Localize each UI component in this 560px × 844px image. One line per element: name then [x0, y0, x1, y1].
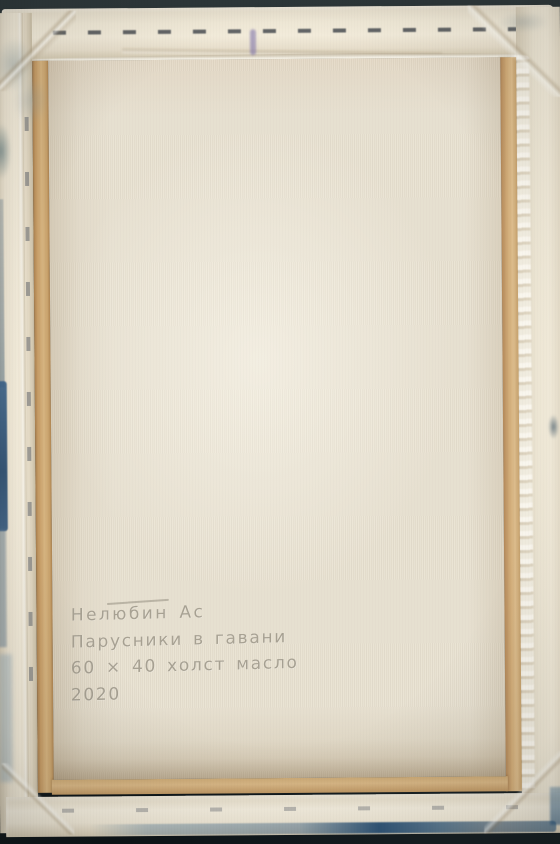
canvas-back-photo: Нелюбин Ас Парусники в гавани 60 × 40 хо… — [0, 0, 560, 844]
staple-row-bottom — [62, 805, 522, 813]
canvas-fold-top — [2, 5, 554, 61]
inscription-artist-text: Нелюбин Ас — [71, 602, 205, 625]
canvas-fold-right — [516, 7, 560, 829]
staple-row-left — [25, 117, 34, 717]
canvas-back: Нелюбин Ас Парусники в гавани 60 × 40 хо… — [0, 5, 560, 837]
canvas-fold-bottom — [6, 793, 560, 837]
staple-row-top — [18, 27, 536, 35]
inscription: Нелюбин Ас Парусники в гавани 60 × 40 хо… — [71, 597, 299, 709]
